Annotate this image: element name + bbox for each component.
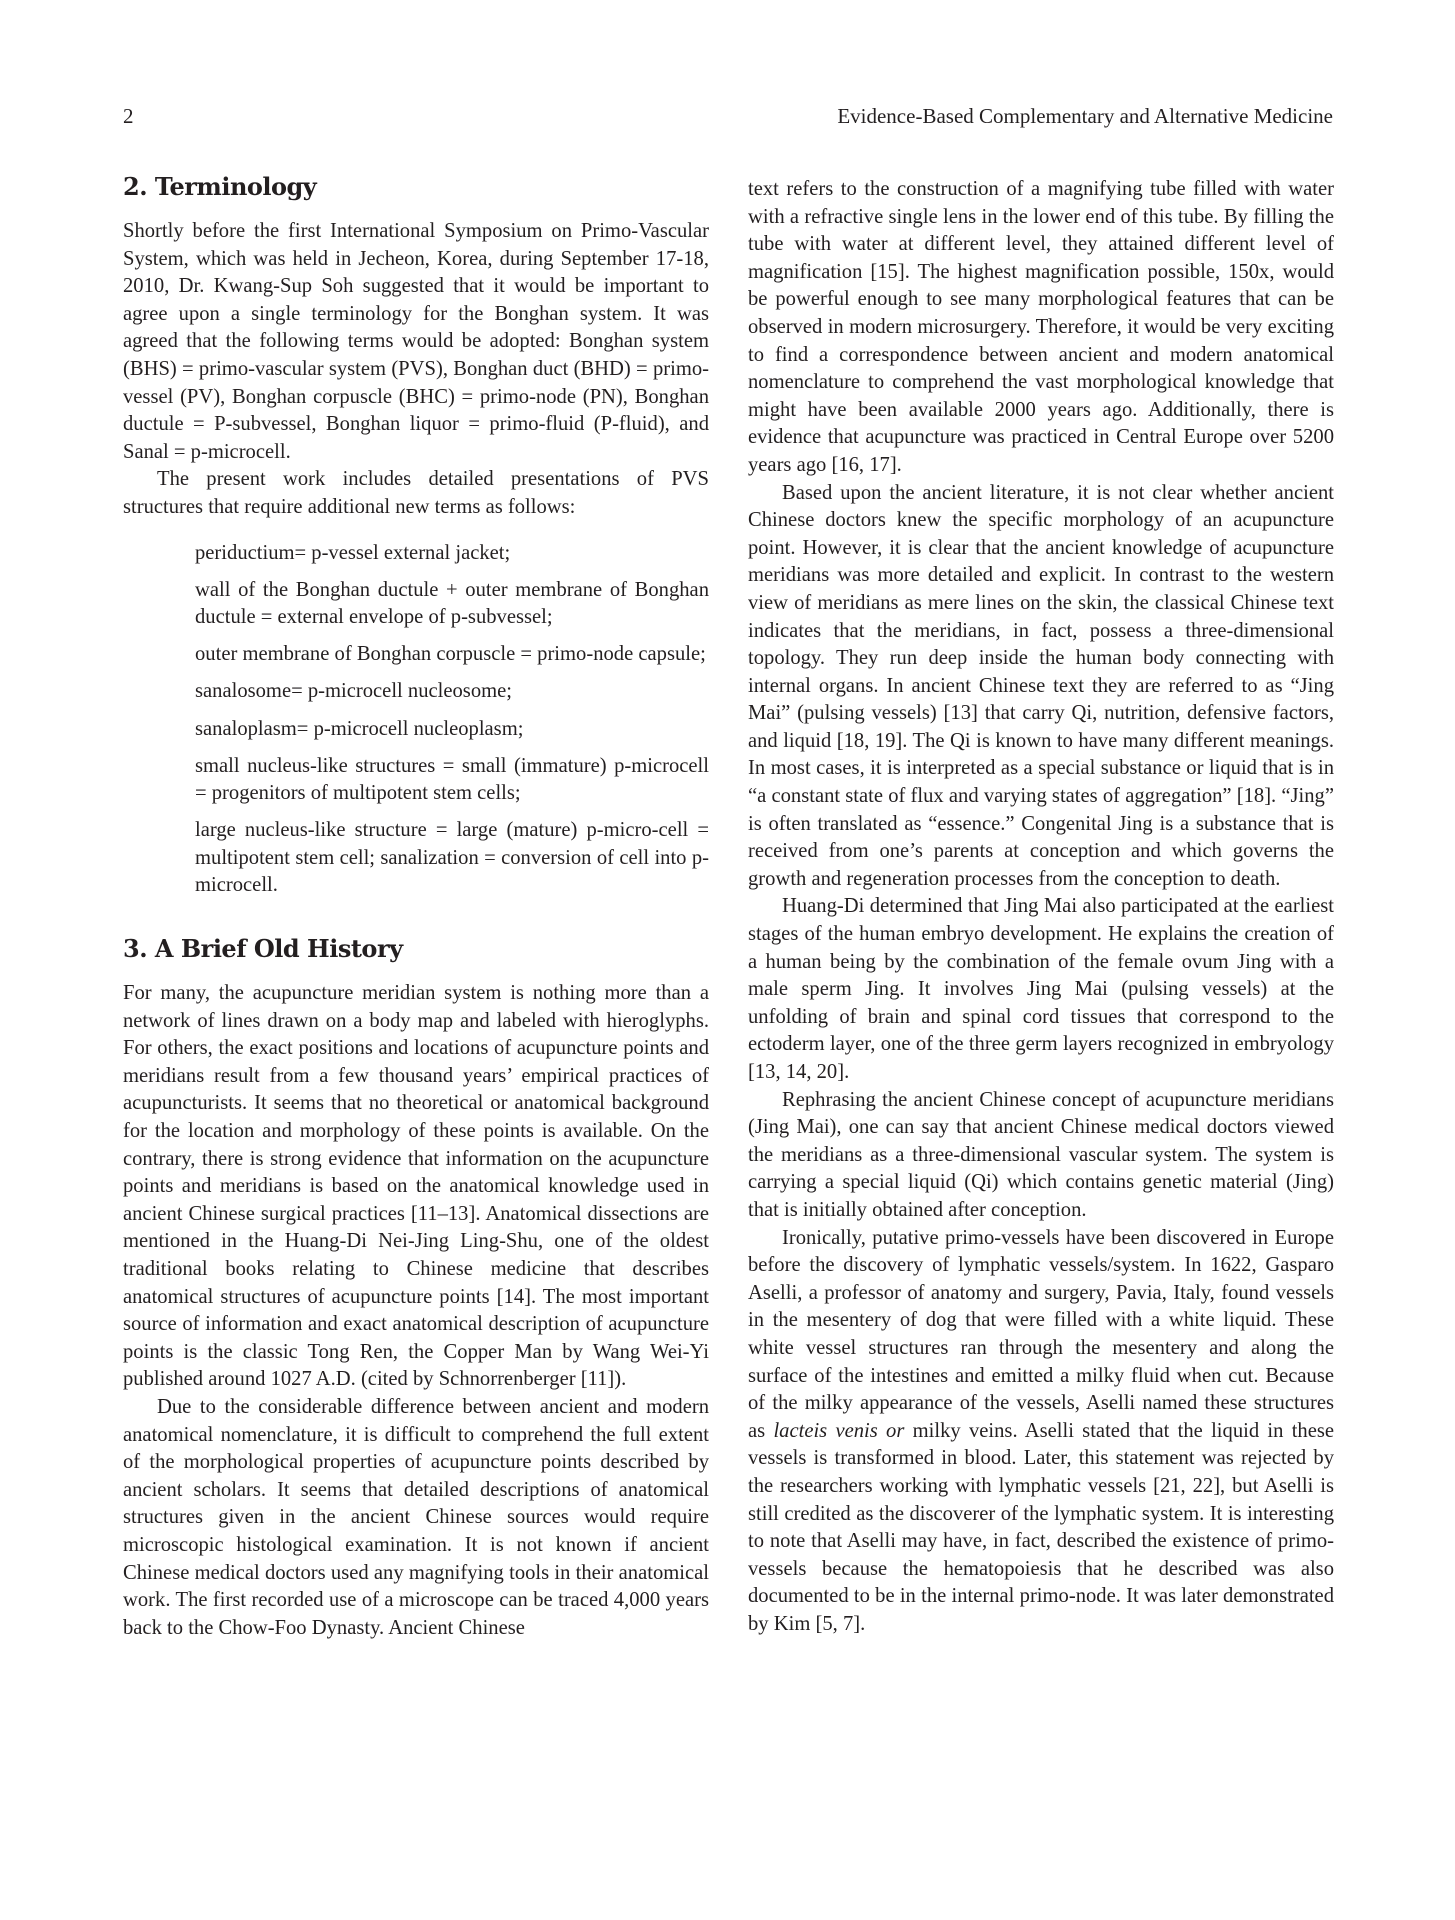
term-item: sanaloplasm= p-microcell nucleoplasm;: [195, 716, 709, 744]
latin-term: lacteis venis or: [773, 1420, 904, 1442]
journal-title: Evidence-Based Complementary and Alterna…: [837, 103, 1333, 129]
section-heading-history: 3. A Brief Old History: [123, 934, 709, 964]
paragraph: text refers to the construction of a mag…: [748, 176, 1334, 480]
paragraph: Due to the considerable difference betwe…: [123, 1394, 709, 1642]
term-item: outer membrane of Bonghan corpuscle = pr…: [195, 641, 709, 669]
term-item: small nucleus-like structures = small (i…: [195, 753, 709, 808]
term-item: periductium= p-vessel external jacket;: [195, 540, 709, 568]
term-item: sanalosome= p-microcell nucleosome;: [195, 678, 709, 706]
paragraph: The present work includes detailed prese…: [123, 466, 709, 521]
text-run: Ironically, putative primo-vessels have …: [748, 1227, 1334, 1442]
term-item: wall of the Bonghan ductule + outer memb…: [195, 577, 709, 632]
term-item: large nucleus-like structure = large (ma…: [195, 817, 709, 900]
paragraph: Shortly before the first International S…: [123, 218, 709, 466]
paragraph: Huang-Di determined that Jing Mai also p…: [748, 893, 1334, 1086]
right-column: text refers to the construction of a mag…: [748, 176, 1334, 1638]
paragraph: Based upon the ancient literature, it is…: [748, 480, 1334, 894]
section-heading-terminology: 2. Terminology: [123, 172, 709, 202]
paragraph: Ironically, putative primo-vessels have …: [748, 1225, 1334, 1639]
left-column: 2. Terminology Shortly before the first …: [123, 172, 709, 1642]
terms-list: periductium= p-vessel external jacket; w…: [195, 540, 709, 901]
paragraph: For many, the acupuncture meridian syste…: [123, 980, 709, 1394]
page-number: 2: [123, 103, 134, 129]
text-run: milky veins. Aselli stated that the liqu…: [748, 1420, 1334, 1635]
paragraph: Rephrasing the ancient Chinese concept o…: [748, 1087, 1334, 1225]
